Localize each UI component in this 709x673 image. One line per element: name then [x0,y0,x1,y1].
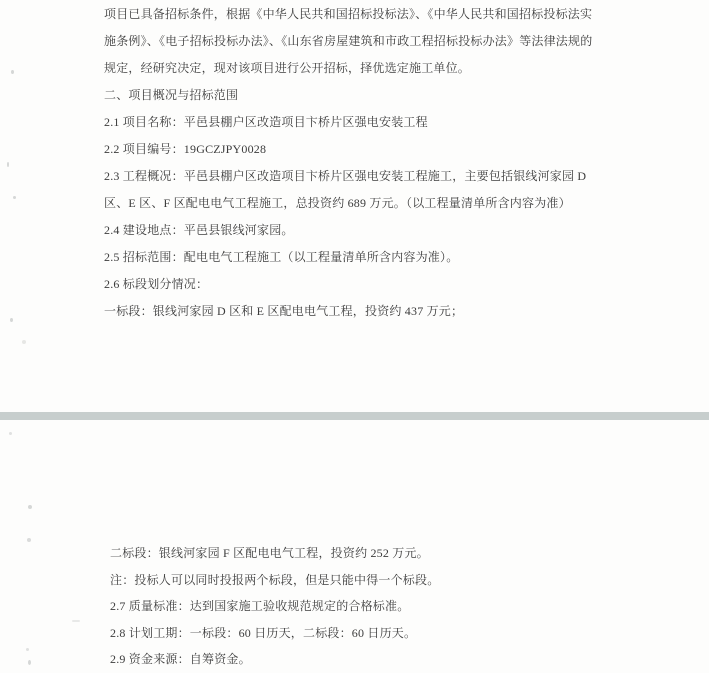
scan-speck [26,648,29,651]
scan-speck [28,505,32,509]
text-line: 2.1 项目名称：平邑县棚户区改造项目卞桥片区强电安装工程 [104,109,609,136]
text-line: 2.4 建设地点：平邑县银线河家园。 [104,217,609,244]
text-line: 2.8 计划工期：一标段：60 日历天，二标段：60 日历天。 [110,620,615,647]
page-break-separator [0,412,709,420]
text-line: 规定，经研究决定，现对该项目进行公开招标，择优选定施工单位。 [104,55,609,82]
scan-speck [72,620,80,622]
scan-speck [27,538,31,542]
text-line: 2.2 项目编号：19GCZJPY0028 [104,136,609,163]
text-line: 2.6 标段划分情况： [104,271,609,298]
text-line: 2.5 招标范围：配电电气工程施工（以工程量清单所含内容为准）。 [104,244,609,271]
section-heading: 二、项目概况与招标范围 [104,82,609,109]
scan-speck [10,318,13,322]
scan-speck [22,340,26,344]
page2-text-block: 二标段：银线河家园 F 区配电电气工程，投资约 252 万元。 注：投标人可以同… [110,540,615,673]
scan-speck [9,432,12,435]
text-line: 2.7 质量标准：达到国家施工验收规范规定的合格标准。 [110,593,615,620]
scan-speck [28,660,31,665]
scan-speck [11,70,14,74]
scan-speck [13,196,16,199]
text-line: 项目已具备招标条件，根据《中华人民共和国招标投标法》、《中华人民共和国招标投标法… [104,1,609,28]
text-line: 二标段：银线河家园 F 区配电电气工程，投资约 252 万元。 [110,540,615,567]
page1-text-block: 项目已具备招标条件，根据《中华人民共和国招标投标法》、《中华人民共和国招标投标法… [104,1,609,325]
text-line: 一标段：银线河家园 D 区和 E 区配电电气工程，投资约 437 万元； [104,298,609,325]
text-line: 区、E 区、F 区配电电气工程施工，总投资约 689 万元。（以工程量清单所含内… [104,190,609,217]
scanned-document-page: 项目已具备招标条件，根据《中华人民共和国招标投标法》、《中华人民共和国招标投标法… [0,0,709,673]
text-line: 2.9 资金来源：自筹资金。 [110,646,615,673]
scan-speck [7,162,9,167]
text-line: 注：投标人可以同时投报两个标段，但是只能中得一个标段。 [110,567,615,594]
text-line: 施条例》、《电子招标投标办法》、《山东省房屋建筑和市政工程招标投标办法》等法律法… [104,28,609,55]
text-line: 2.3 工程概况：平邑县棚户区改造项目卞桥片区强电安装工程施工，主要包括银线河家… [104,163,609,190]
